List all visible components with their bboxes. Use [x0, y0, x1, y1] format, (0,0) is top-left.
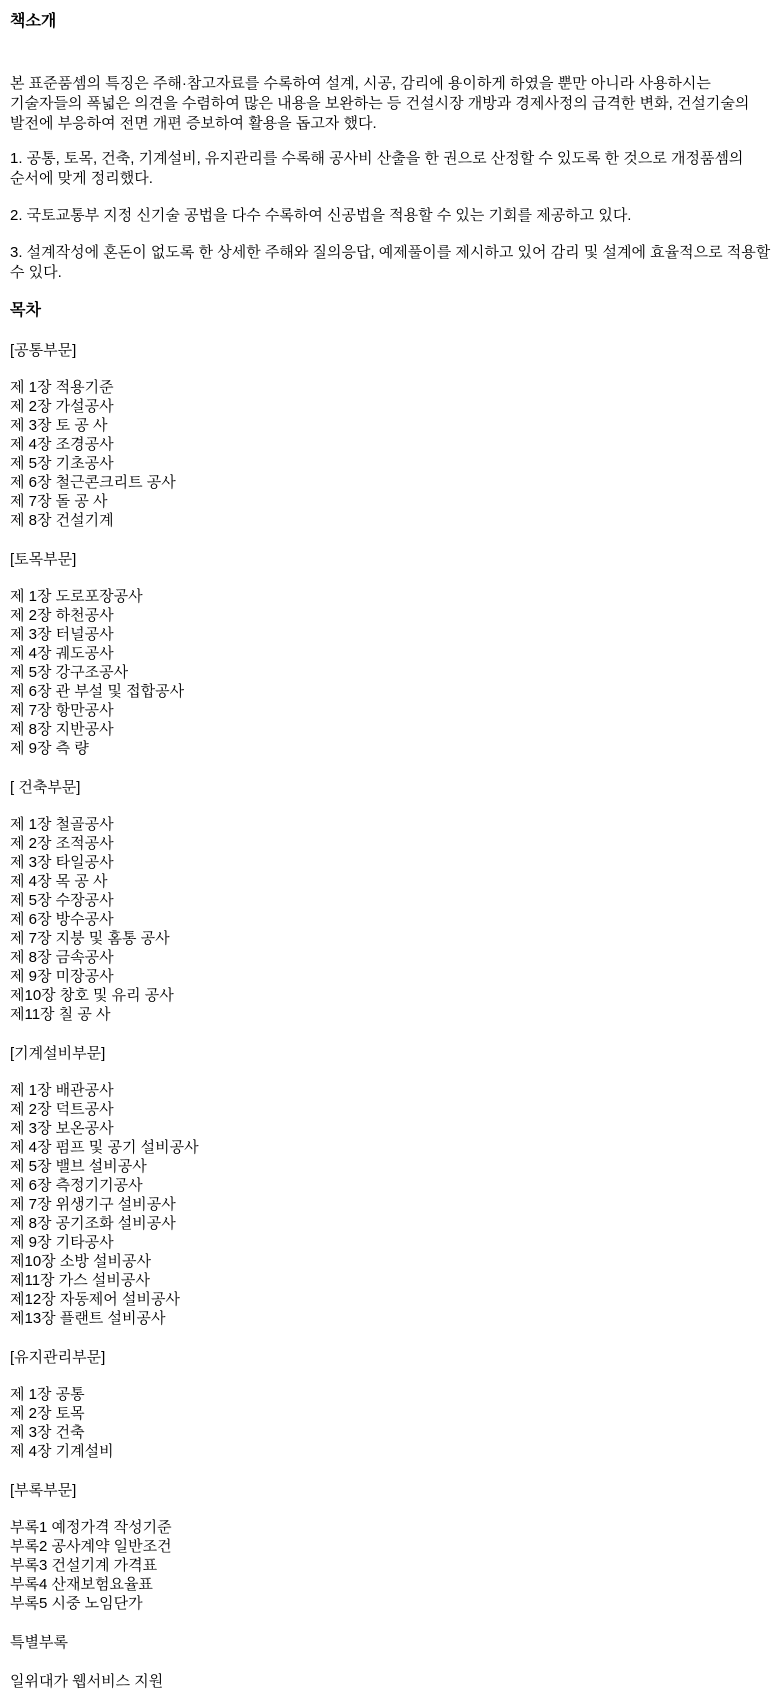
toc-chapter-line: 제 9장 측 량 — [10, 739, 772, 758]
intro-paragraph: 1. 공통, 토목, 건축, 기계설비, 유지관리를 수록해 공사비 산출을 한… — [10, 149, 772, 189]
toc-chapter-line: 제 6장 관 부설 및 접합공사 — [10, 682, 772, 701]
toc-chapter-line: 제10장 소방 설비공사 — [10, 1252, 772, 1271]
toc-chapter-line: 제 2장 가설공사 — [10, 397, 772, 416]
toc-chapter-line: 부록4 산재보험요율표 — [10, 1575, 772, 1594]
toc-section-title: [부록부문] — [10, 1481, 772, 1500]
toc-chapter-line: 제 8장 지반공사 — [10, 720, 772, 739]
toc-sections: [공통부문]제 1장 적용기준제 2장 가설공사제 3장 토 공 사제 4장 조… — [10, 341, 772, 1613]
intro-paragraph: 3. 설계작성에 혼돈이 없도록 한 상세한 주해와 질의응답, 예제풀이를 제… — [10, 243, 772, 283]
toc-chapter-line: 제 9장 미장공사 — [10, 967, 772, 986]
toc-chapter-line: 제 3장 토 공 사 — [10, 416, 772, 435]
toc-chapter-line: 제 4장 목 공 사 — [10, 872, 772, 891]
toc-chapter-line: 제 2장 조적공사 — [10, 834, 772, 853]
toc-chapter-line: 제 5장 기초공사 — [10, 454, 772, 473]
intro-paragraph: 2. 국토교통부 지정 신기술 공법을 다수 수록하여 신공법을 적용할 수 있… — [10, 206, 772, 226]
book-intro-heading: 책소개 — [10, 12, 772, 31]
toc-chapter-line: 제 4장 기계설비 — [10, 1442, 772, 1461]
toc-chapter-line: 제 3장 터널공사 — [10, 625, 772, 644]
toc-section: [유지관리부문]제 1장 공통제 2장 토목제 3장 건축제 4장 기계설비 — [10, 1348, 772, 1461]
toc-section-title: [공통부문] — [10, 341, 772, 360]
toc-chapter-line: 제 6장 측정기기공사 — [10, 1176, 772, 1195]
intro-paragraph: 본 표준품셈의 특징은 주해·참고자료를 수록하여 설계, 시공, 감리에 용이… — [10, 74, 772, 134]
toc-chapter-line: 제 4장 궤도공사 — [10, 644, 772, 663]
toc-chapter-line: 제 1장 배관공사 — [10, 1081, 772, 1100]
toc-chapter-line: 제 1장 철골공사 — [10, 815, 772, 834]
toc-chapter-line: 제10장 창호 및 유리 공사 — [10, 986, 772, 1005]
toc-chapter-line: 제11장 칠 공 사 — [10, 1005, 772, 1024]
toc-chapter-line: 제 2장 토목 — [10, 1404, 772, 1423]
toc-chapter-line: 부록3 건설기계 가격표 — [10, 1556, 772, 1575]
toc-chapter-line: 제12장 자동제어 설비공사 — [10, 1290, 772, 1309]
toc-chapter-line: 제 3장 타일공사 — [10, 853, 772, 872]
toc-chapter-line: 제11장 가스 설비공사 — [10, 1271, 772, 1290]
toc-chapter-line: 제 2장 하천공사 — [10, 606, 772, 625]
toc-chapter-line: 제 1장 도로포장공사 — [10, 587, 772, 606]
toc-chapter-line: 제 4장 펌프 및 공기 설비공사 — [10, 1138, 772, 1157]
toc-chapter-line: 제 2장 덕트공사 — [10, 1100, 772, 1119]
toc-section-title: [기계설비부문] — [10, 1044, 772, 1063]
toc-chapter-line: 제 1장 공통 — [10, 1385, 772, 1404]
toc-section-title: [ 건축부문] — [10, 778, 772, 797]
toc-chapter-line: 제 8장 금속공사 — [10, 948, 772, 967]
toc-chapter-line: 제 3장 건축 — [10, 1423, 772, 1442]
toc-chapter-line: 제 3장 보온공사 — [10, 1119, 772, 1138]
toc-chapter-line: 부록1 예정가격 작성기준 — [10, 1518, 772, 1537]
toc-chapter-line: 제 9장 기타공사 — [10, 1233, 772, 1252]
toc-chapter-line: 부록2 공사계약 일반조건 — [10, 1537, 772, 1556]
special-appendix: 특별부록 일위대가 웹서비스 지원 — [10, 1633, 772, 1691]
toc-section-title: [유지관리부문] — [10, 1348, 772, 1367]
toc-section: [기계설비부문]제 1장 배관공사제 2장 덕트공사제 3장 보온공사제 4장 … — [10, 1044, 772, 1328]
toc-chapter-line: 제 7장 항만공사 — [10, 701, 772, 720]
book-description-page: 책소개 본 표준품셈의 특징은 주해·참고자료를 수록하여 설계, 시공, 감리… — [0, 0, 780, 1692]
toc-section: [토목부문]제 1장 도로포장공사제 2장 하천공사제 3장 터널공사제 4장 … — [10, 550, 772, 758]
toc-section-title: [토목부문] — [10, 550, 772, 569]
book-intro-paragraphs: 본 표준품셈의 특징은 주해·참고자료를 수록하여 설계, 시공, 감리에 용이… — [10, 74, 772, 283]
toc-chapter-line: 제 8장 공기조화 설비공사 — [10, 1214, 772, 1233]
special-appendix-item: 일위대가 웹서비스 지원 — [10, 1672, 772, 1691]
toc-section: [공통부문]제 1장 적용기준제 2장 가설공사제 3장 토 공 사제 4장 조… — [10, 341, 772, 530]
toc-chapter-line: 제 7장 돌 공 사 — [10, 492, 772, 511]
toc-chapter-line: 제 4장 조경공사 — [10, 435, 772, 454]
toc-chapter-line: 제 5장 강구조공사 — [10, 663, 772, 682]
special-appendix-title: 특별부록 — [10, 1633, 772, 1652]
toc-chapter-line: 제 7장 위생기구 설비공사 — [10, 1195, 772, 1214]
toc-chapter-line: 부록5 시중 노임단가 — [10, 1594, 772, 1613]
toc-chapter-line: 제 8장 건설기계 — [10, 511, 772, 530]
toc-chapter-line: 제 6장 방수공사 — [10, 910, 772, 929]
toc-chapter-line: 제13장 플랜트 설비공사 — [10, 1309, 772, 1328]
toc-section: [ 건축부문]제 1장 철골공사제 2장 조적공사제 3장 타일공사제 4장 목… — [10, 778, 772, 1024]
toc-chapter-line: 제 7장 지붕 및 홈통 공사 — [10, 929, 772, 948]
toc-chapter-line: 제 5장 수장공사 — [10, 891, 772, 910]
toc-chapter-line: 제 1장 적용기준 — [10, 378, 772, 397]
toc-section: [부록부문]부록1 예정가격 작성기준부록2 공사계약 일반조건부록3 건설기계… — [10, 1481, 772, 1613]
toc-chapter-line: 제 5장 밸브 설비공사 — [10, 1157, 772, 1176]
toc-heading: 목차 — [10, 301, 772, 320]
toc-chapter-line: 제 6장 철근콘크리트 공사 — [10, 473, 772, 492]
